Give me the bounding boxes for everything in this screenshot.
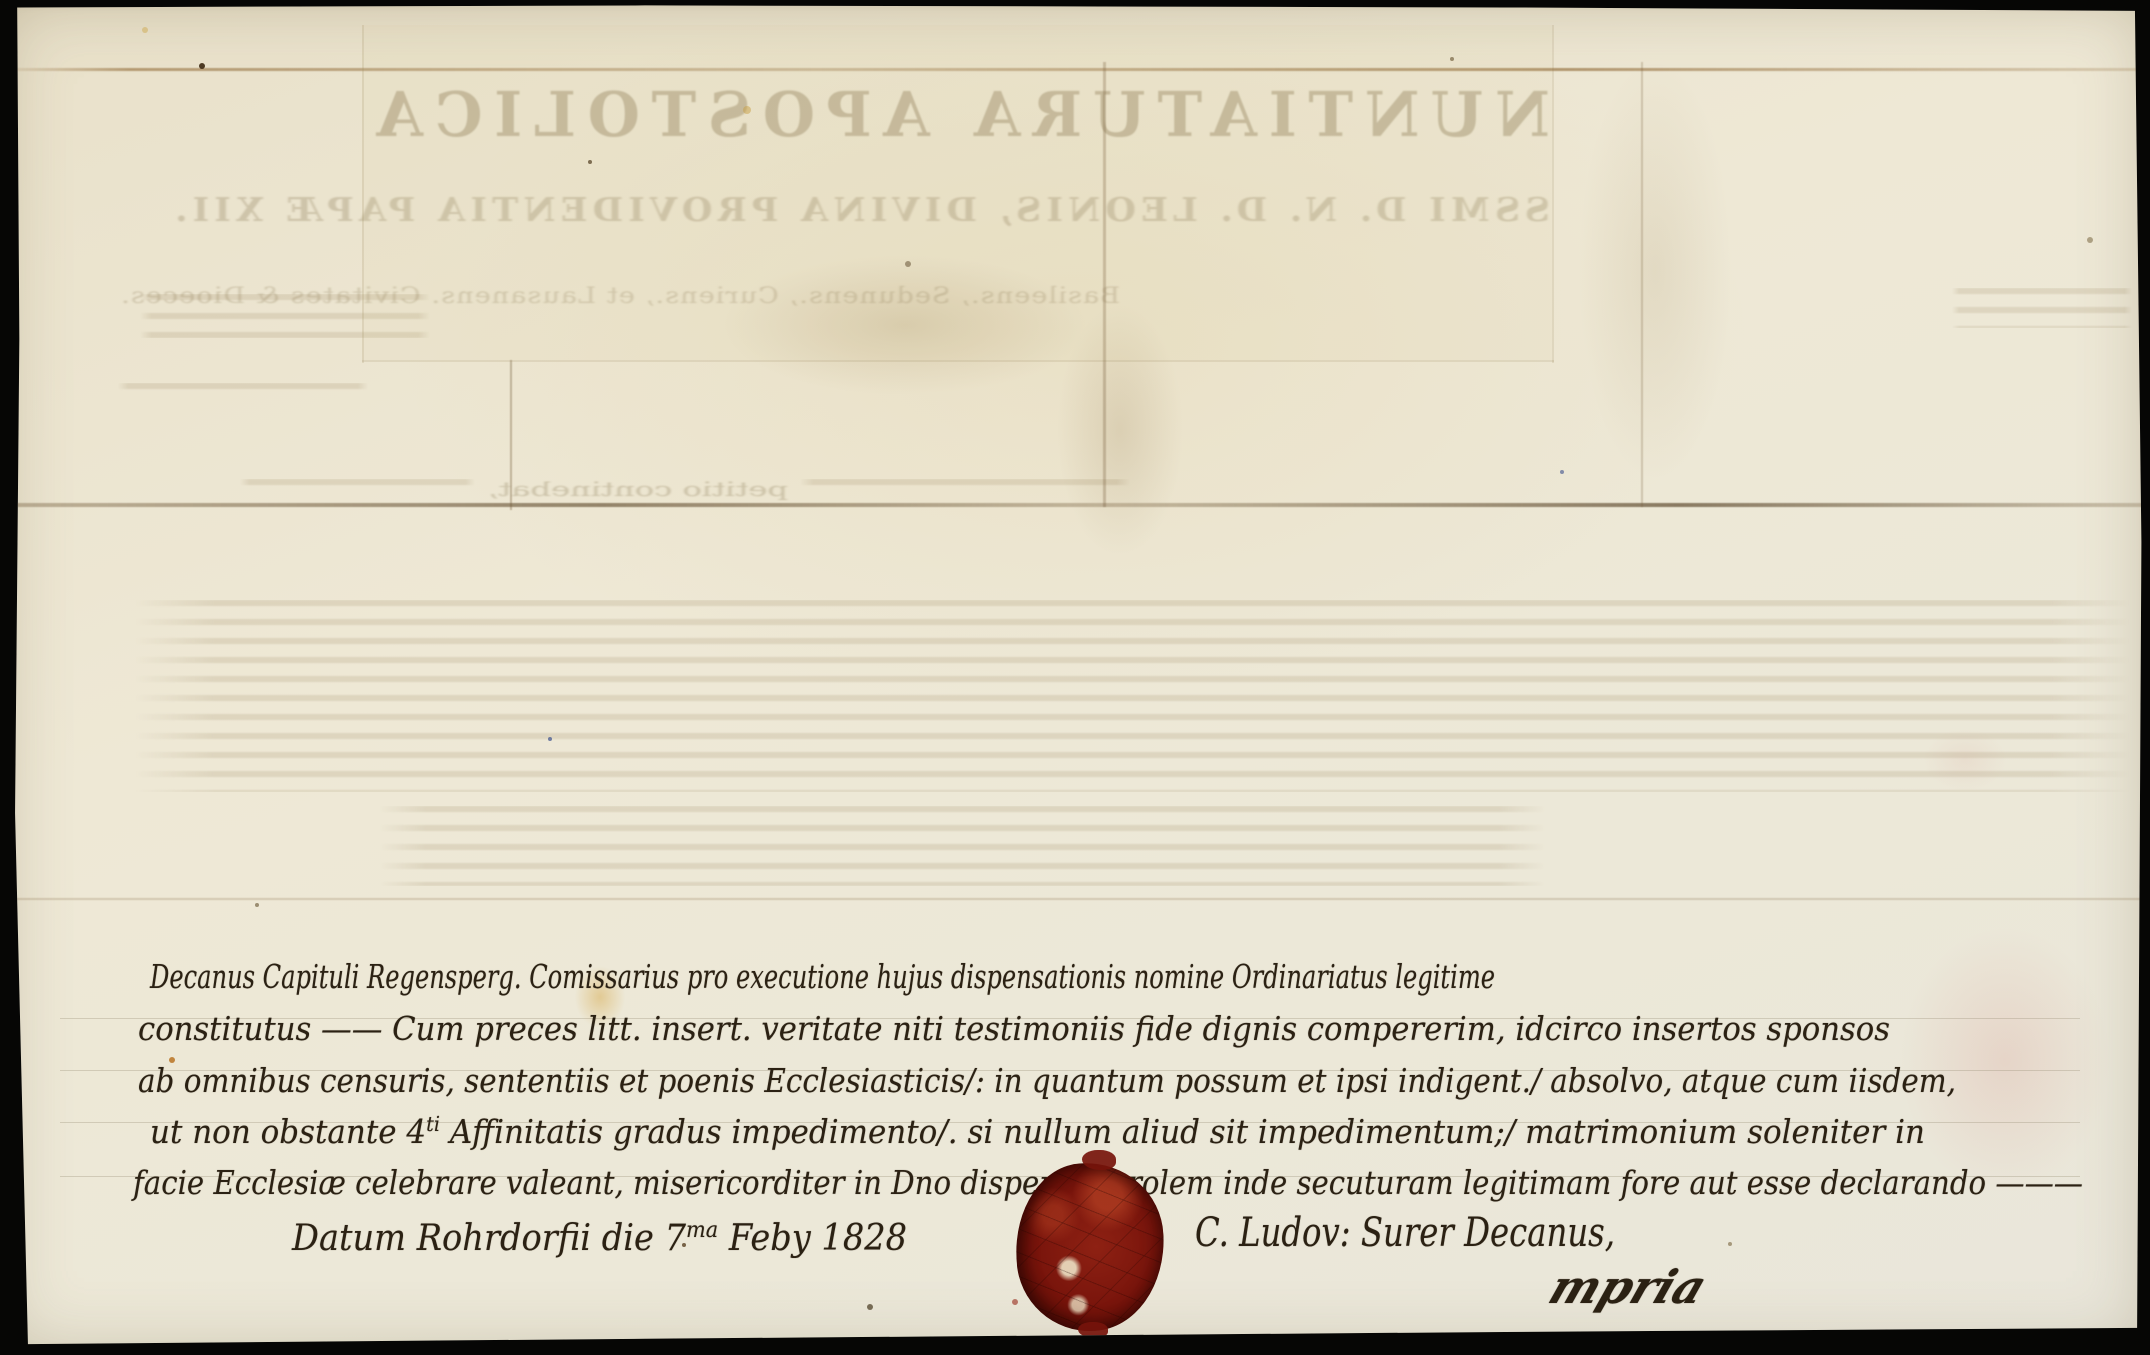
- handwritten-line-4-text: ut non obstante 4: [150, 1112, 426, 1151]
- signature: C. Ludov: Surer Decanus,: [1195, 1210, 1615, 1256]
- signature-flourish: mpria: [1542, 1260, 1714, 1314]
- handwritten-line-4: ut non obstante 4ti Affinitatis gradus i…: [150, 1113, 1925, 1151]
- date-superscript: ma: [686, 1217, 718, 1243]
- bleedthrough-text-block-small: [380, 806, 1545, 886]
- fold-crease-vertical-3: [1641, 62, 1643, 507]
- handwritten-line-2: constitutus —— Cum preces litt. insert. …: [138, 1010, 1890, 1048]
- bleedthrough-tiny-line: [118, 383, 368, 397]
- flap-shading: [362, 25, 1552, 360]
- fold-crease-lower: [0, 898, 2150, 900]
- document-paper: NUNTIATURA APOSTOLICA SSMI D. N. D. LEON…: [0, 0, 2150, 1355]
- bleedthrough-right-marks: [1952, 288, 2132, 328]
- bleedthrough-fragment-left: [240, 479, 475, 491]
- bleedthrough-text-block-large: [135, 600, 2130, 792]
- paper-specks: [0, 0, 4, 4]
- flap-edge-right: [1552, 25, 1554, 363]
- wax-seal-drip-bottom: [1078, 1322, 1108, 1338]
- dateline-rest: Feby 1828: [718, 1218, 907, 1259]
- handwritten-line-1: Decanus Capituli Regensperg. Comissarius…: [150, 958, 1495, 996]
- bleedthrough-fragment: petitio continebat,: [488, 477, 788, 501]
- handwritten-line-4-rest: Affinitatis gradus impedimento/. si null…: [440, 1112, 1925, 1151]
- ordinal-superscript: ti: [426, 1112, 440, 1136]
- fold-crease-vertical-1: [510, 360, 512, 510]
- handwritten-line-3: ab omnibus censuris, sententiis et poeni…: [138, 1062, 1956, 1100]
- wax-seal-drip-top: [1082, 1150, 1116, 1170]
- bleedthrough-fragment-right: [800, 479, 1130, 491]
- handwritten-dateline: Datum Rohrdorfii die 7ma Feby 1828: [292, 1218, 907, 1259]
- flap-edge-bottom: [362, 360, 1554, 362]
- flap-edge-left: [362, 25, 364, 363]
- fold-crease-middle: [0, 503, 2150, 507]
- scanned-document-photo: { "scan": { "background_color": "#060605…: [0, 0, 2150, 1355]
- dateline-text: Datum Rohrdorfii die 7: [292, 1218, 686, 1259]
